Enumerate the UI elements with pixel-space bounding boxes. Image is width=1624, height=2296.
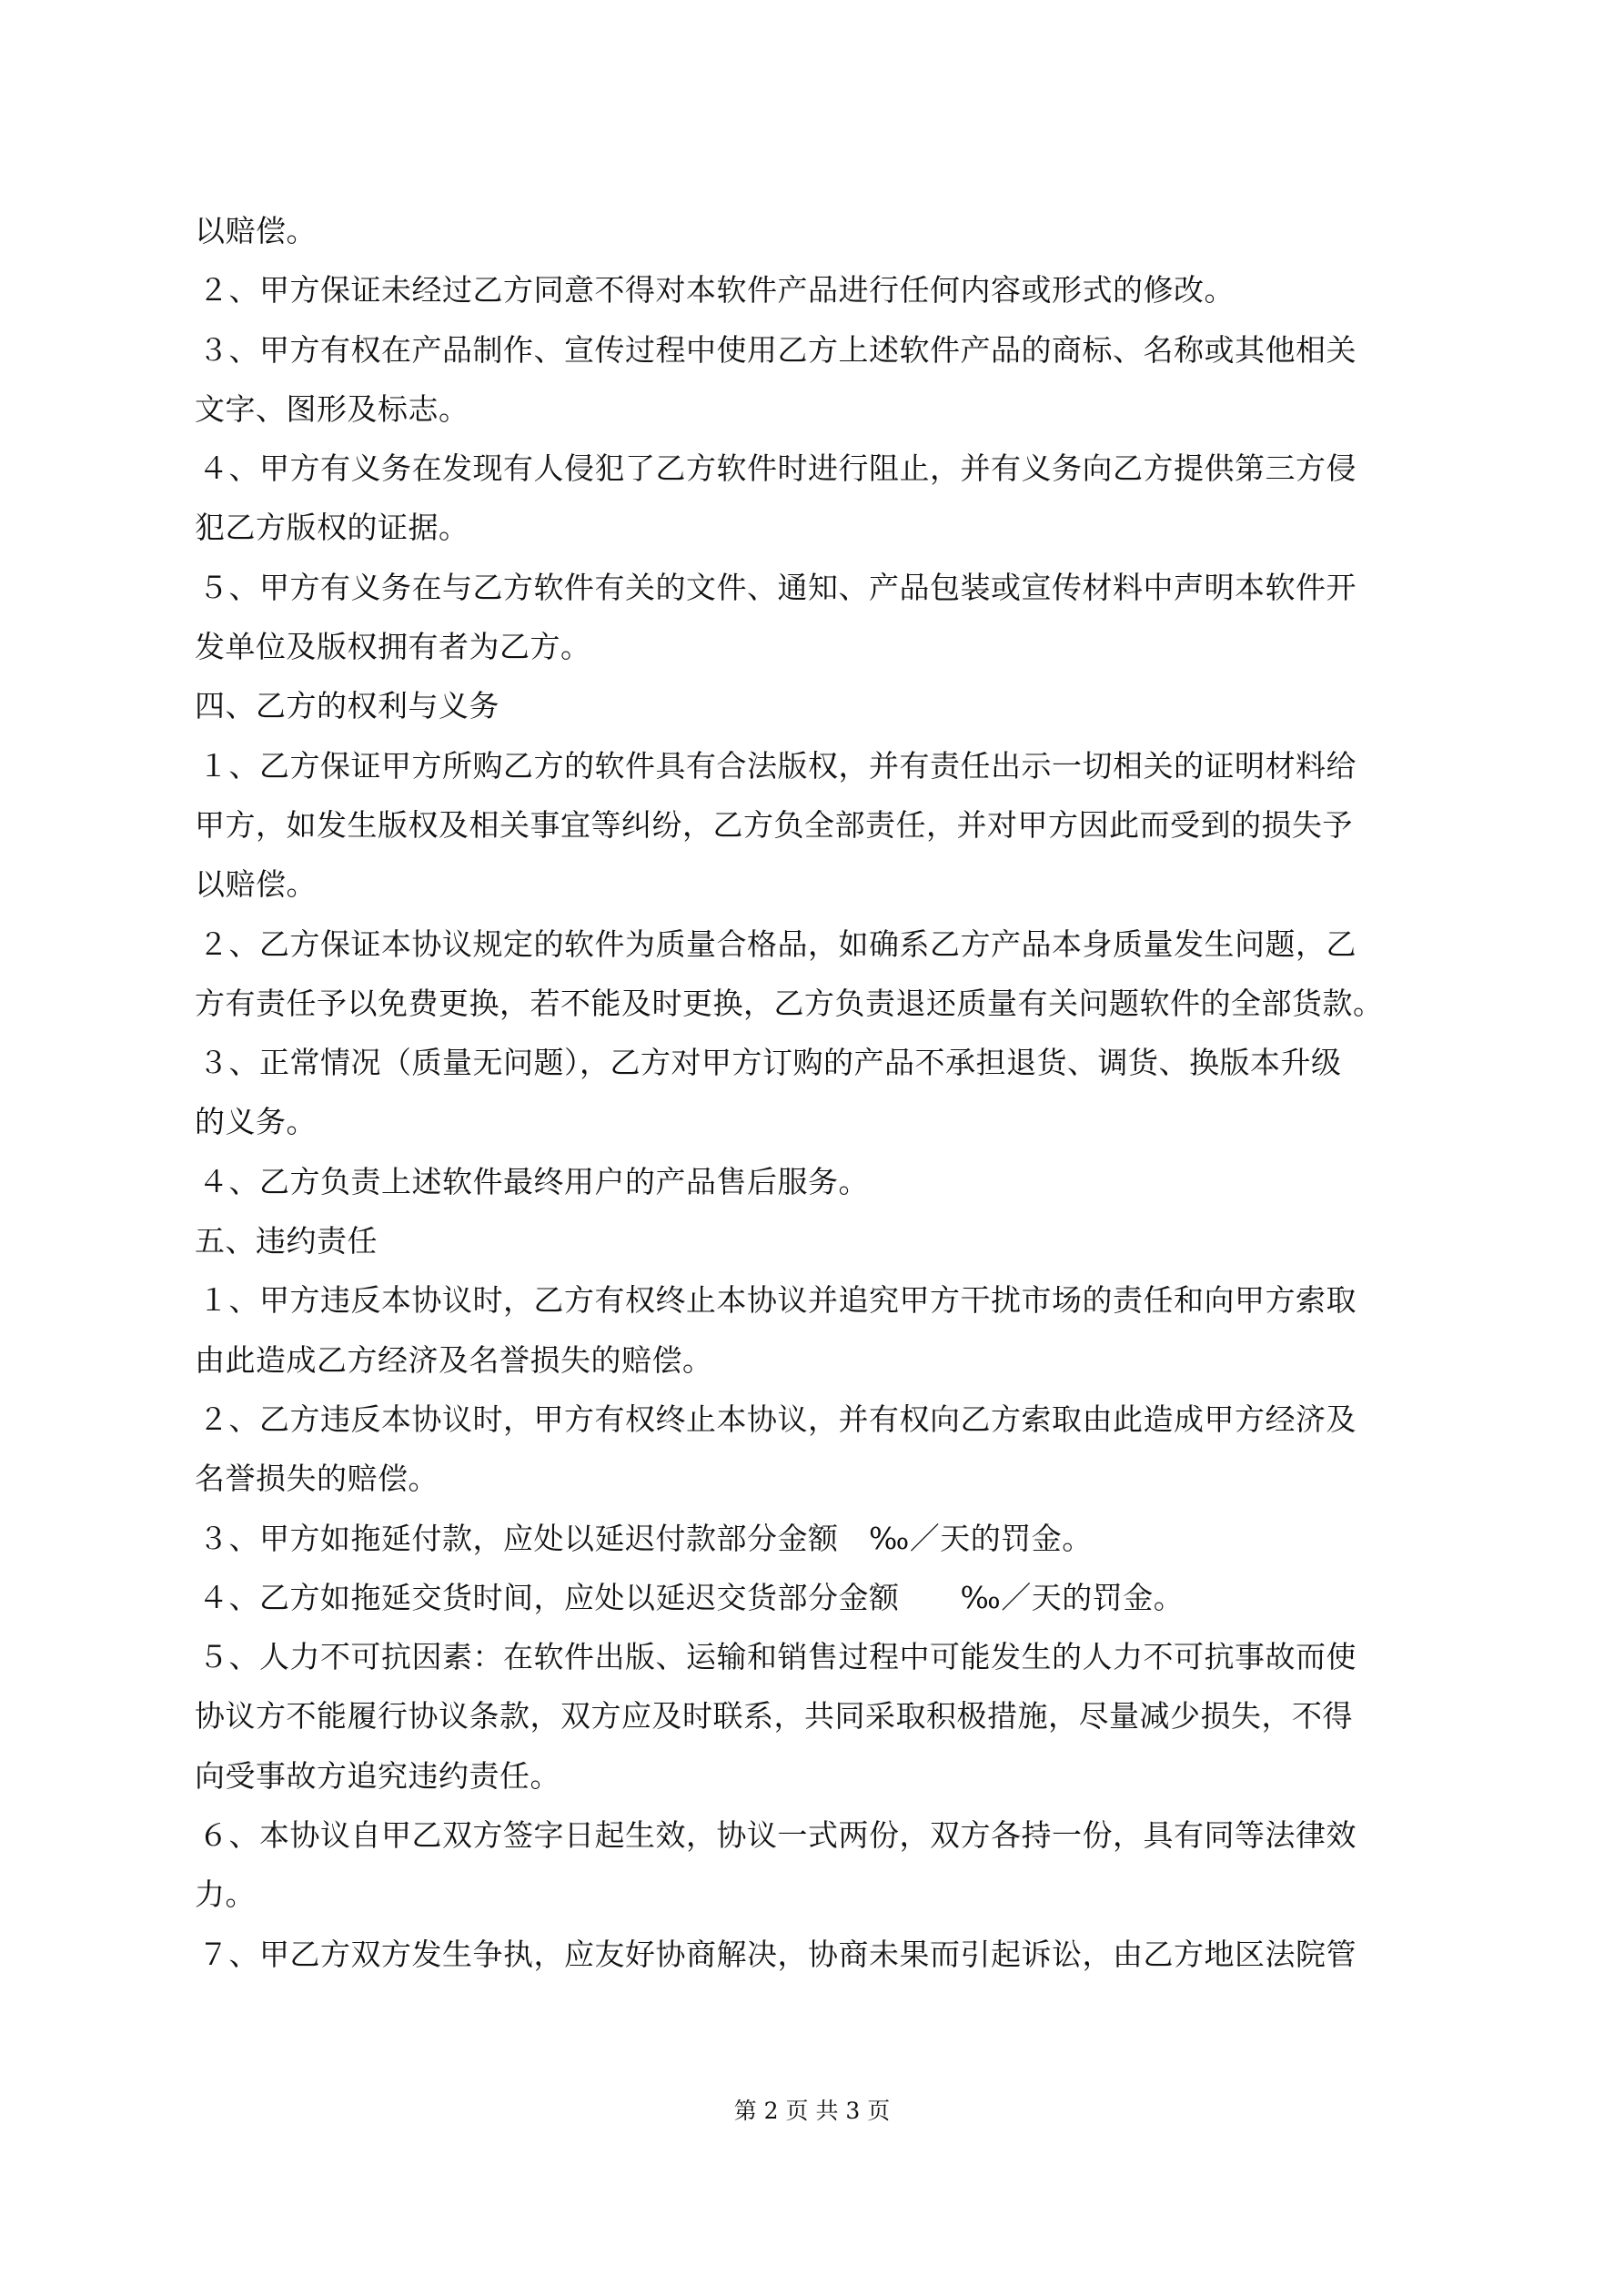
clause-item: ５、甲方有义务在与乙方软件有关的文件、通知、产品包装或宣传材料中声明本软件开: [195, 558, 1432, 617]
section-heading: 五、违约责任: [195, 1211, 1432, 1270]
text-line: 甲方，如发生版权及相关事宜等纠纷，乙方负全部责任，并对甲方因此而受到的损失予: [195, 795, 1432, 855]
text-line: 向受事故方追究违约责任。: [195, 1746, 1432, 1805]
document-body: 以赔偿。 ２、甲方保证未经过乙方同意不得对本软件产品进行任何内容或形式的修改。 …: [195, 201, 1432, 1984]
text-line: 的义务。: [195, 1092, 1432, 1151]
text-line: 名誉损失的赔偿。: [195, 1449, 1432, 1508]
clause-item: ７、甲乙方双方发生争执，应友好协商解决，协商未果而引起诉讼，由乙方地区法院管: [195, 1925, 1432, 1984]
clause-item: ２、甲方保证未经过乙方同意不得对本软件产品进行任何内容或形式的修改。: [195, 260, 1432, 319]
page-footer: 第 2 页 共 3 页: [0, 2093, 1624, 2129]
text-line: 协议方不能履行协议条款，双方应及时联系，共同采取积极措施，尽量减少损失，不得: [195, 1686, 1432, 1745]
clause-item: ２、乙方保证本协议规定的软件为质量合格品，如确系乙方产品本身质量发生问题，乙: [195, 915, 1432, 974]
document-page: 以赔偿。 ２、甲方保证未经过乙方同意不得对本软件产品进行任何内容或形式的修改。 …: [0, 0, 1624, 2296]
text-line: 发单位及版权拥有者为乙方。: [195, 617, 1432, 676]
clause-item: ４、乙方如拖延交货时间，应处以延迟交货部分金额 ‰／天的罚金。: [195, 1568, 1432, 1627]
clause-item: ４、甲方有义务在发现有人侵犯了乙方软件时进行阻止，并有义务向乙方提供第三方侵: [195, 439, 1432, 498]
text-line: 以赔偿。: [195, 201, 1432, 260]
clause-item: ３、甲方有权在产品制作、宣传过程中使用乙方上述软件产品的商标、名称或其他相关: [195, 320, 1432, 379]
text-line: 力。: [195, 1865, 1432, 1924]
text-line: 方有责任予以免费更换，若不能及时更换，乙方负责退还质量有关问题软件的全部货款。: [195, 974, 1432, 1033]
page-number-label: 第 2 页 共 3 页: [734, 2098, 891, 2124]
clause-item: ３、正常情况（质量无问题），乙方对甲方订购的产品不承担退货、调货、换版本升级: [195, 1033, 1432, 1092]
text-line: 犯乙方版权的证据。: [195, 498, 1432, 557]
clause-item: １、乙方保证甲方所购乙方的软件具有合法版权，并有责任出示一切相关的证明材料给: [195, 736, 1432, 795]
clause-item: ４、乙方负责上述软件最终用户的产品售后服务。: [195, 1152, 1432, 1211]
clause-item: ６、本协议自甲乙双方签字日起生效，协议一式两份，双方各持一份，具有同等法律效: [195, 1805, 1432, 1865]
clause-item: ５、人力不可抗因素：在软件出版、运输和销售过程中可能发生的人力不可抗事故而使: [195, 1627, 1432, 1686]
text-line: 文字、图形及标志。: [195, 379, 1432, 439]
clause-item: ３、甲方如拖延付款，应处以延迟付款部分金额 ‰／天的罚金。: [195, 1509, 1432, 1568]
section-heading: 四、乙方的权利与义务: [195, 676, 1432, 735]
text-line: 以赔偿。: [195, 855, 1432, 914]
clause-item: ２、乙方违反本协议时，甲方有权终止本协议，并有权向乙方索取由此造成甲方经济及: [195, 1390, 1432, 1449]
clause-item: １、甲方违反本协议时，乙方有权终止本协议并追究甲方干扰市场的责任和向甲方索取: [195, 1270, 1432, 1330]
text-line: 由此造成乙方经济及名誉损失的赔偿。: [195, 1330, 1432, 1390]
